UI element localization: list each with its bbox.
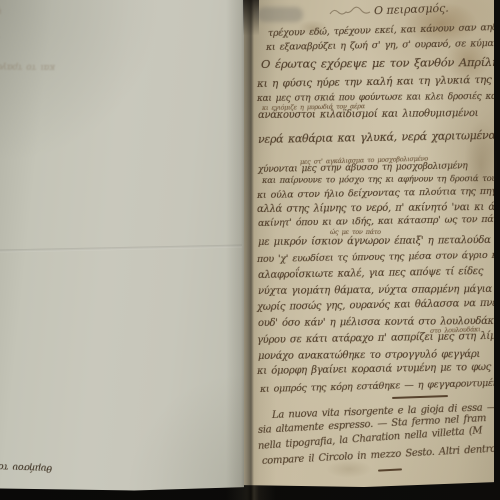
right-page-italian-lines: La nuova vita risorgente e la gioja di e… [0,0,494,500]
manuscript-scan: Ο πειρασμός. ψηλά στα μάτια εκοίταζε τ' … [0,0,500,500]
